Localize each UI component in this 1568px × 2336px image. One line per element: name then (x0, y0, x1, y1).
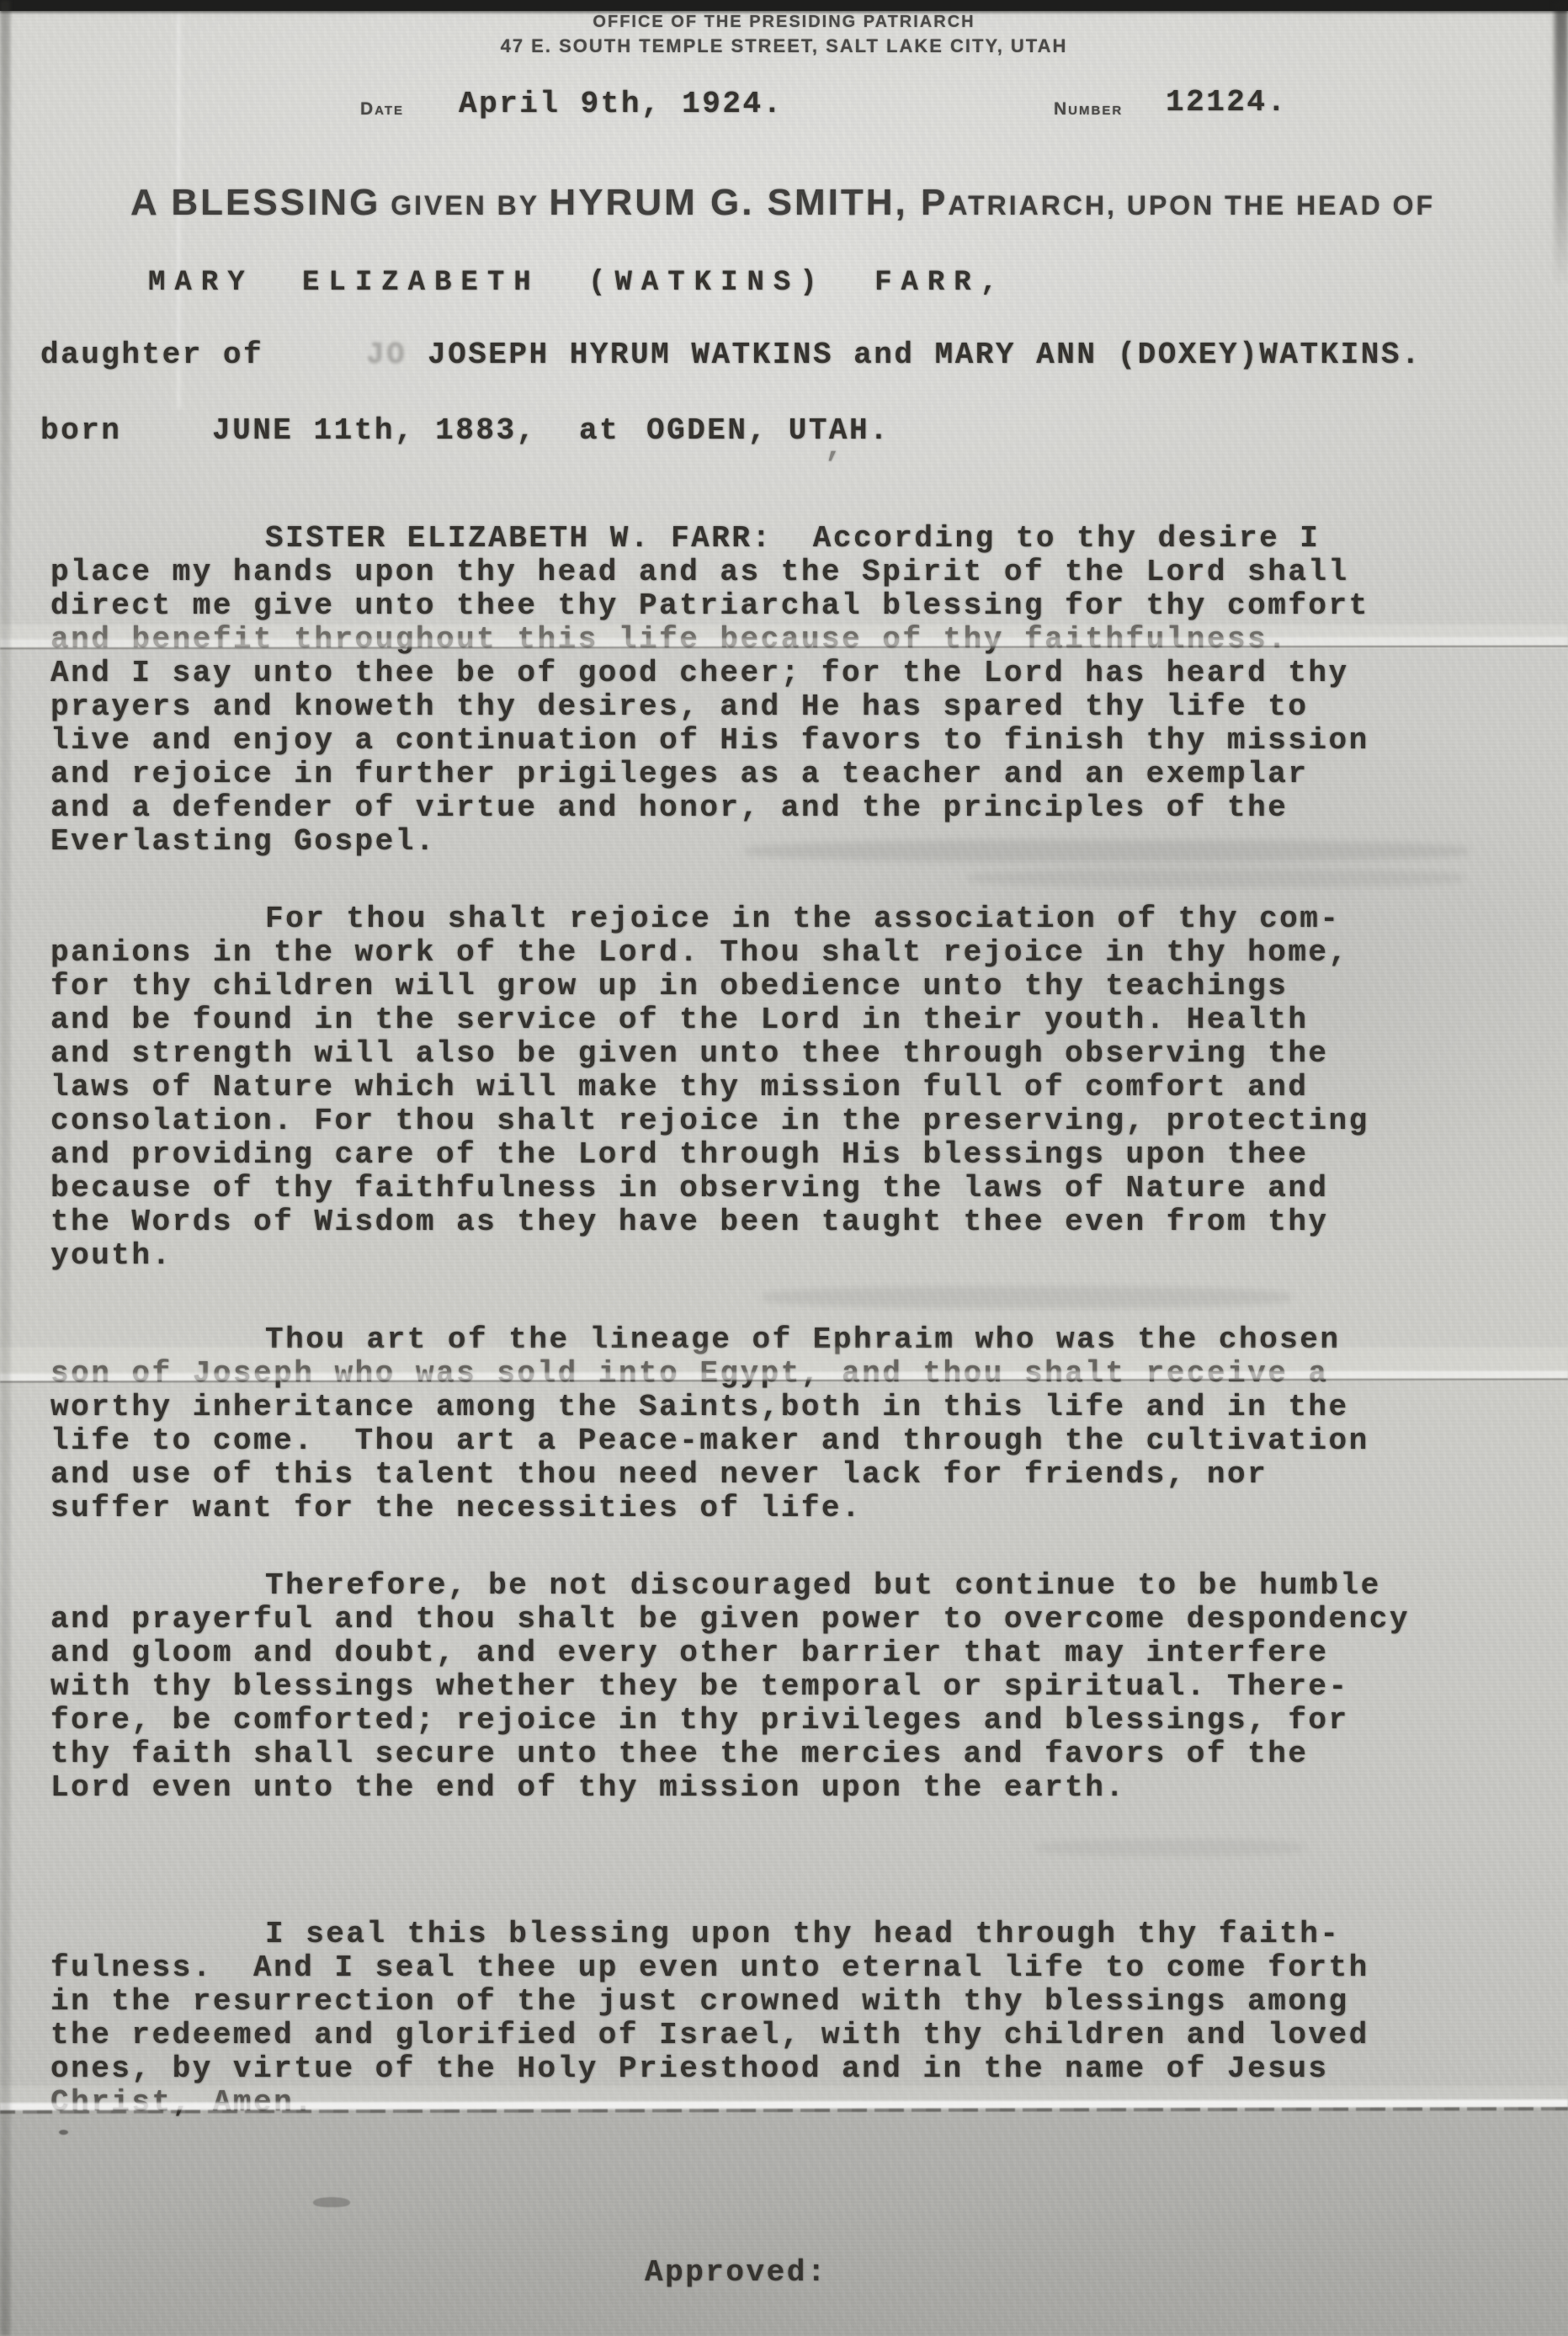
title-segment: A BLESSING (130, 182, 380, 223)
document-title: A BLESSING GIVEN BY HYRUM G. SMITH, PATR… (130, 182, 1528, 224)
letterhead-address-line: 47 E. SOUTH TEMPLE STREET, SALT LAKE CIT… (0, 35, 1568, 57)
paragraph-4: Therefore, be not discouraged but contin… (50, 1569, 1532, 1805)
paper-smear (313, 2197, 350, 2207)
text-line: Everlasting Gospel. (50, 825, 1532, 859)
text-line: and use of this talent thou need never l… (50, 1458, 1532, 1492)
text-line: and strength will also be given unto the… (50, 1037, 1532, 1071)
ghost-text-smudge (762, 1286, 1292, 1308)
text-line: with thy blessings whether they be tempo… (50, 1670, 1532, 1704)
scan-edge-top (0, 0, 1568, 11)
birth-date: JUNE 11th, 1883, (212, 414, 537, 448)
text-line: Christ, Amen. (50, 2086, 1532, 2120)
text-line: and rejoice in further prigileges as a t… (50, 758, 1532, 791)
paragraph-3: Thou art of the lineage of Ephraim who w… (50, 1323, 1532, 1525)
text-line: I seal this blessing upon thy head throu… (50, 1918, 1532, 1951)
text-line: panions in the work of the Lord. Thou sh… (50, 936, 1532, 970)
text-line: Thou art of the lineage of Ephraim who w… (50, 1323, 1532, 1357)
text-line: ones, by virtue of the Holy Priesthood a… (50, 2052, 1532, 2086)
paragraph-2: For thou shalt rejoice in the associatio… (50, 902, 1532, 1273)
approved-label: Approved: (645, 2256, 827, 2290)
ghost-text-smudge (968, 869, 1464, 887)
text-line: son of Joseph who was sold into Egypt, a… (50, 1357, 1532, 1391)
erased-ghost-text: JO (366, 338, 407, 372)
title-segment: GIVEN BY (380, 190, 549, 221)
recipient-name: MARY ELIZABETH (WATKINS) FARR, (148, 266, 1007, 300)
text-line: and a defender of virtue and honor, and … (50, 791, 1532, 825)
text-line: live and enjoy a continuation of His fav… (50, 724, 1532, 758)
scan-edge-right (1555, 0, 1568, 286)
ghost-text-smudge (1035, 1839, 1305, 1856)
title-segment: UPON THE HEAD OF (1127, 190, 1435, 221)
date-value: April 9th, 1924. (459, 88, 784, 121)
number-value: 12124. (1166, 86, 1288, 120)
paper-speck (59, 2130, 68, 2135)
text-line: And I say unto thee be of good cheer; fo… (50, 657, 1532, 690)
scan-edge-left (0, 0, 10, 2336)
text-line: life to come. Thou art a Peace-maker and… (50, 1424, 1532, 1458)
date-label: DATE (360, 99, 404, 120)
text-line: SISTER ELIZABETH W. FARR: According to t… (50, 522, 1532, 556)
text-line: the redeemed and glorified of Israel, wi… (50, 2019, 1532, 2052)
text-line: prayers and knoweth thy desires, and He … (50, 690, 1532, 724)
title-segment: ATRIARCH, (948, 190, 1127, 221)
text-line: laws of Nature which will make thy missi… (50, 1071, 1532, 1104)
paragraph-5: I seal this blessing upon thy head throu… (50, 1918, 1532, 2120)
text-line: the Words of Wisdom as they have been ta… (50, 1205, 1532, 1239)
text-line: consolation. For thou shalt rejoice in t… (50, 1104, 1532, 1138)
text-line: and gloom and doubt, and every other bar… (50, 1636, 1532, 1670)
document-page: OFFICE OF THE PRESIDING PATRIARCH 47 E. … (0, 0, 1568, 2336)
text-line: worthy inheritance among the Saints,both… (50, 1391, 1532, 1424)
birth-at-word: at (579, 414, 619, 448)
text-line: and be found in the service of the Lord … (50, 1003, 1532, 1037)
stray-mark: , (825, 431, 845, 465)
text-line: fulness. And I seal thee up even unto et… (50, 1951, 1532, 1985)
text-line: youth. (50, 1239, 1532, 1273)
text-line: for thy children will grow up in obedien… (50, 970, 1532, 1003)
text-line: and providing care of the Lord through H… (50, 1138, 1532, 1172)
birth-place: OGDEN, UTAH. (646, 414, 890, 448)
text-line: fore, be comforted; rejoice in thy privi… (50, 1704, 1532, 1737)
text-line: Therefore, be not discouraged but contin… (50, 1569, 1532, 1603)
letterhead-office-line: OFFICE OF THE PRESIDING PATRIARCH (0, 13, 1568, 32)
parentage-prefix: daughter of (40, 338, 263, 372)
text-line: For thou shalt rejoice in the associatio… (50, 902, 1532, 936)
number-label: NUMBER (1054, 99, 1123, 120)
parentage-names: JOSEPH HYRUM WATKINS and MARY ANN (DOXEY… (428, 338, 1422, 372)
text-line: Lord even unto the end of thy mission up… (50, 1771, 1532, 1805)
text-line: thy faith shall secure unto thee the mer… (50, 1737, 1532, 1771)
text-line: and prayerful and thou shalt be given po… (50, 1603, 1532, 1636)
text-line: because of thy faithfulness in observing… (50, 1172, 1532, 1205)
paragraph-1: SISTER ELIZABETH W. FARR: According to t… (50, 522, 1532, 859)
birth-prefix: born (40, 414, 121, 448)
text-line: in the resurrection of the just crowned … (50, 1985, 1532, 2019)
text-line: and benefit throughout this life because… (50, 623, 1532, 657)
text-line: place my hands upon thy head and as the … (50, 556, 1532, 589)
text-line: direct me give unto thee thy Patriarchal… (50, 589, 1532, 623)
text-line: suffer want for the necessities of life. (50, 1492, 1532, 1525)
title-segment: HYRUM G. SMITH, P (549, 182, 948, 223)
